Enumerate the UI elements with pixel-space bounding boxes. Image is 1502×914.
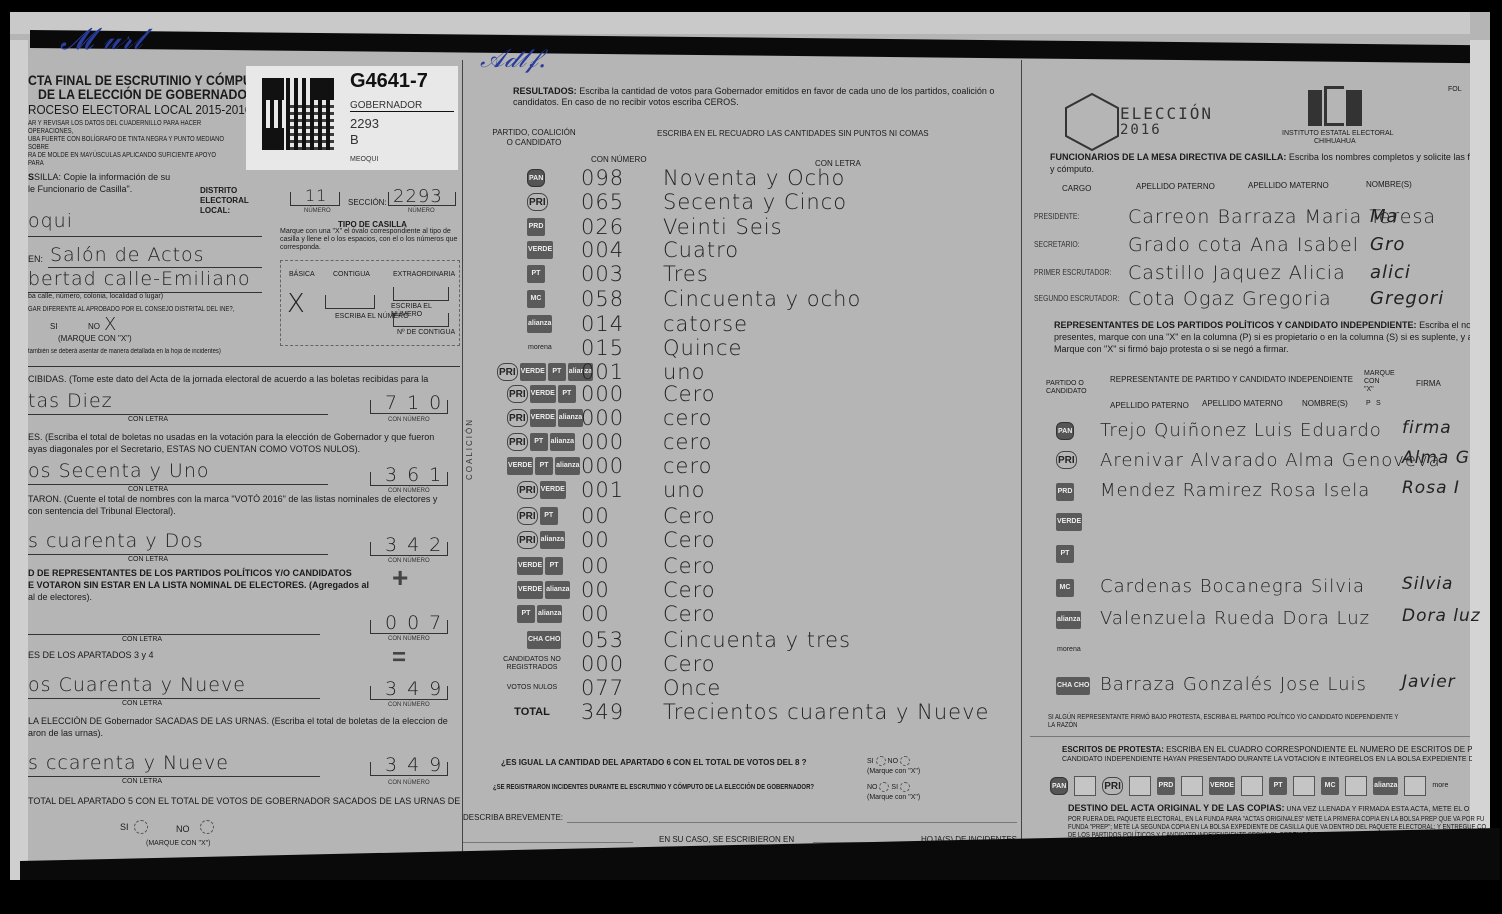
votes-number-field[interactable]: 00 — [581, 578, 610, 602]
results-header: RESULTADOS: Escriba la cantidad de votos… — [513, 86, 1018, 108]
left-column: CTA FINAL DE ESCRUTINIO Y CÓMPUTO DE LA … — [28, 60, 460, 860]
qr-code — [262, 78, 334, 150]
representative-row: morena — [1030, 636, 1470, 666]
question-incidents: ¿SE REGISTRARON INCIDENTES DURANTE EL ES… — [493, 784, 814, 792]
representative-name-field[interactable]: Trejo Quiñonez Luis Eduardo — [1100, 420, 1382, 441]
official-role: SECRETARIO: — [1034, 240, 1080, 249]
question-equal: ¿ES IGUAL LA CANTIDAD DEL APARTADO 6 CON… — [501, 758, 807, 768]
party-logo-verde-icon: VERDE — [520, 363, 546, 381]
party-cell: PRI — [527, 192, 548, 212]
row-label: TOTAL — [497, 706, 567, 718]
votes-letter-field[interactable]: Quince — [663, 336, 742, 360]
official-name-field[interactable]: Castillo Jaquez Alicia — [1128, 262, 1346, 284]
votes-number-field[interactable]: 026 — [581, 215, 624, 239]
votes-number-field[interactable]: 003 — [581, 262, 624, 286]
party-cell: PAN — [527, 168, 545, 188]
party-cell: MC — [527, 289, 545, 309]
party-logo-pri-icon: PRI — [517, 507, 538, 525]
party-logo-pri-icon: PRI — [517, 531, 538, 549]
votes-letter-field[interactable]: uno — [663, 360, 705, 384]
location-line-1: Salón de Actos — [50, 244, 205, 266]
urns-letters: s ccarenta y Nueve — [28, 752, 229, 774]
party-logo-prd-icon: PRD — [527, 218, 545, 236]
votes-letter-field[interactable]: Trecientos cuarenta y Nueve — [663, 700, 989, 724]
representative-row: PRDMendez Ramirez Rosa IselaRosa I — [1030, 478, 1470, 508]
party-logo-pt-icon: PT — [527, 265, 545, 283]
protest-count-field[interactable] — [1129, 776, 1151, 796]
signature-top-left: 𝓜 𝓊𝓇𝓁 — [60, 22, 143, 57]
officials-column: ELECCIÓN 2016 INSTITUTO ESTATAL ELECTORA… — [1030, 60, 1470, 860]
results-row: TOTAL349Trecientos cuarenta y Nueve — [463, 702, 1023, 726]
official-name-field[interactable]: Grado cota Ana Isabel — [1128, 234, 1359, 256]
results-row: CANDIDATOS NO REGISTRADOS000Cero — [463, 654, 1023, 678]
compare-si-option[interactable] — [134, 820, 148, 834]
party-logo-verde-icon: VERDE — [527, 241, 553, 259]
representative-name-field[interactable]: Mendez Ramirez Rosa Isela — [1100, 480, 1370, 501]
representative-name-field[interactable]: Cardenas Bocanegra Silvia — [1100, 576, 1365, 597]
party-logo-pan-icon: PAN — [1050, 777, 1068, 795]
representative-signature: Silvia — [1402, 574, 1453, 594]
ballot-id-label: G4641-7 GOBERNADOR 2293 B MEOQUI — [246, 66, 458, 170]
q-incidents-no-option[interactable] — [879, 782, 889, 792]
results-row: PRIalianza00Cero — [463, 530, 1023, 554]
received-letters: tas Diez — [28, 390, 113, 412]
votes-letter-field[interactable]: cero — [663, 454, 713, 478]
party-logo-pri-icon: PRI — [1102, 777, 1123, 795]
party-logo-na-icon: alianza — [537, 605, 562, 623]
votes-letter-field[interactable]: Secenta y Cinco — [663, 190, 847, 214]
party-logo-na-icon: alianza — [1056, 611, 1081, 629]
scan-border-bottom — [0, 880, 1502, 914]
party-logo-verde-icon: VERDE — [1056, 513, 1082, 531]
votes-number-field[interactable]: 000 — [581, 382, 624, 406]
representative-row: MCCardenas Bocanegra SilviaSilvia — [1030, 574, 1470, 604]
title-line-2: DE LA ELECCIÓN DE GOBERNADOR — [38, 86, 256, 102]
representative-row: PT — [1030, 540, 1470, 570]
party-logo-verde-icon: VERDE — [1209, 777, 1235, 795]
party-logo-na-icon: alianza — [558, 409, 583, 427]
votes-letter-field[interactable]: catorse — [663, 312, 748, 336]
votes-letter-field[interactable]: Cero — [663, 504, 716, 528]
party-cell: morena — [527, 338, 553, 358]
party-logo-morena-icon: morena — [527, 339, 553, 357]
results-row: PAN098Noventa y Ocho — [463, 168, 1023, 192]
party-cell: PRIVERDE — [517, 480, 566, 500]
votes-number-field[interactable]: 065 — [581, 190, 624, 214]
results-row: morena015Quince — [463, 338, 1023, 362]
votes-letter-field[interactable]: Once — [663, 676, 721, 700]
party-logo-verde-icon: VERDE — [517, 581, 543, 599]
party-logo-prd-icon: PRD — [1056, 483, 1074, 501]
results-row: PRIVERDEPT000Cero — [463, 384, 1023, 408]
votes-number-field[interactable]: 058 — [581, 287, 624, 311]
votes-number-field[interactable]: 000 — [581, 652, 624, 676]
party-logo-mc-icon: MC — [1321, 777, 1339, 795]
results-row: PRIPTalianza000cero — [463, 432, 1023, 456]
leftover-letters: os Secenta y Uno — [28, 460, 209, 482]
protest-counts: PANPRIPRDVERDEPTMCalianzamore — [1050, 776, 1448, 796]
votes-letter-field[interactable]: Cero — [663, 602, 716, 626]
votes-number-field[interactable]: 014 — [581, 312, 624, 336]
party-cell: PRIalianza — [517, 530, 565, 550]
votes-letter-field[interactable]: Cuatro — [663, 238, 739, 262]
party-logo-pt-icon: PT — [540, 507, 558, 525]
results-row: VERDEalianza00Cero — [463, 580, 1023, 604]
official-role: PRIMER ESCRUTADOR: — [1034, 268, 1111, 277]
urns-number[interactable]: 349 — [370, 762, 448, 776]
district-field[interactable]: 11 — [290, 192, 340, 206]
representative-signature: Rosa I — [1402, 478, 1460, 498]
results-row: alianza014catorse — [463, 314, 1023, 338]
official-signature: Gregori — [1370, 288, 1444, 309]
party-logo-pri-icon: PRI — [517, 481, 538, 499]
party-cell: VOTOS NULOS — [497, 678, 567, 698]
votes-letter-field[interactable]: Cero — [663, 578, 716, 602]
party-logo-pt-icon: PT — [1269, 777, 1287, 795]
votes-letter-field[interactable]: Cero — [663, 528, 716, 552]
municipality-handwritten: oqui — [28, 210, 73, 232]
protest-count-field[interactable] — [1293, 776, 1315, 796]
votes-letter-field[interactable]: Cincuenta y tres — [663, 628, 851, 652]
results-row: VERDE004Cuatro — [463, 240, 1023, 264]
party-logo-pri-icon: PRI — [527, 193, 548, 211]
party-logo-pt-icon: PT — [548, 363, 566, 381]
results-row: PRIVERDEalianza000cero — [463, 408, 1023, 432]
party-cell: TOTAL — [497, 702, 567, 722]
official-signature: Gro — [1370, 234, 1405, 255]
votes-letter-field[interactable]: uno — [663, 478, 705, 502]
party-logo-na-icon: alianza — [540, 531, 565, 549]
votes-letter-field[interactable]: cero — [663, 406, 713, 430]
iee-logo — [1308, 82, 1362, 126]
party-logo-morena-icon: morena — [1056, 641, 1082, 659]
party-logo-pt-icon: PT — [535, 457, 553, 475]
official-role: PRESIDENTE: — [1034, 212, 1079, 221]
ballot-office: GOBERNADOR — [350, 100, 454, 112]
votes-letter-field[interactable]: Cincuenta y ocho — [663, 287, 861, 311]
protest-count-field[interactable] — [1404, 776, 1426, 796]
official-row: PRESIDENTE:Carreon Barraza Maria TeresaM… — [1030, 206, 1470, 232]
q-equal-si-option[interactable] — [876, 756, 886, 766]
party-logo-na-icon: alianza — [555, 457, 580, 475]
results-row: PT003Tres — [463, 264, 1023, 288]
results-row: MC058Cincuenta y ocho — [463, 289, 1023, 313]
instructions: AR Y REVISAR LOS DATOS DEL CUADERNILLO P… — [28, 120, 232, 168]
party-logo-pt-icon: PT — [558, 385, 576, 403]
party-logo-na-icon: alianza — [527, 315, 552, 333]
representative-row: alianzaValenzuela Rueda Dora LuzDora luz — [1030, 606, 1470, 636]
party-logo-verde-icon: VERDE — [540, 481, 566, 499]
row-label: CANDIDATOS NO REGISTRADOS — [497, 656, 567, 672]
party-cell: PRIPT — [517, 506, 558, 526]
results-row: CHA CHO053Cincuenta y tres — [463, 630, 1023, 654]
voters-letters: s cuarenta y Dos — [28, 530, 204, 552]
different-place-no-mark[interactable]: X — [104, 314, 117, 335]
representative-row: VERDE — [1030, 508, 1470, 538]
official-name-field[interactable]: Cota Ogaz Gregoria — [1128, 288, 1332, 310]
party-logo-chacho-icon: CHA CHO — [1056, 677, 1090, 695]
results-row: VERDEPT00Cero — [463, 556, 1023, 580]
party-logo-pri-icon: PRI — [507, 433, 528, 451]
ballot-section: 2293 — [350, 116, 379, 131]
votes-number-field[interactable]: 001 — [581, 478, 624, 502]
results-column: RESULTADOS: Escriba la cantidad de votos… — [462, 60, 1022, 860]
votes-number-field[interactable]: 00 — [581, 528, 610, 552]
party-logo-pt-icon: PT — [517, 605, 535, 623]
representative-signature: Javier — [1402, 672, 1456, 692]
party-cell: VERDE — [527, 240, 553, 260]
votes-number-field[interactable]: 349 — [581, 700, 624, 724]
protest-count-field[interactable] — [1241, 776, 1263, 796]
votes-number-field[interactable]: 098 — [581, 166, 624, 190]
protest-count-field[interactable] — [1345, 776, 1367, 796]
scan-border-right — [1490, 0, 1502, 914]
votes-number-field[interactable]: 00 — [581, 554, 610, 578]
official-row: SECRETARIO:Grado cota Ana IsabelGro — [1030, 234, 1470, 260]
torn-edge-right — [1470, 40, 1490, 885]
votes-letter-field[interactable]: Noventa y Ocho — [663, 166, 845, 190]
votes-letter-field[interactable]: Cero — [663, 652, 716, 676]
party-logo-prd-icon: PRD — [1157, 777, 1175, 795]
leftover-number[interactable]: 361 — [370, 472, 448, 486]
tipo-basica-mark[interactable]: X — [287, 289, 306, 319]
protest-count-field[interactable] — [1074, 776, 1096, 796]
reps-number[interactable]: 007 — [370, 620, 448, 634]
party-logo-pri-icon: PRI — [1056, 451, 1077, 469]
location-line-2: bertad calle-Emiliano — [28, 268, 251, 290]
party-logo-pt-icon: PT — [1056, 545, 1074, 563]
results-row: PRIVERDEPTalianza001uno — [463, 362, 1023, 386]
party-cell: PTalianza — [517, 604, 562, 624]
party-logo-na-icon: alianza — [1373, 777, 1398, 795]
section-label: SECCIÓN: — [348, 198, 387, 208]
official-row: PRIMER ESCRUTADOR:Castillo Jaquez Alicia… — [1030, 262, 1470, 288]
party-cell: CHA CHO — [527, 630, 561, 650]
party-logo-mc-icon: MC — [1056, 579, 1074, 597]
votes-letter-field[interactable]: Tres — [663, 262, 709, 286]
votes-number-field[interactable]: 000 — [581, 454, 624, 478]
votes-number-field[interactable]: 015 — [581, 336, 624, 360]
party-logo-pt-icon: PT — [545, 557, 563, 575]
votes-number-field[interactable]: 000 — [581, 406, 624, 430]
sum-number[interactable]: 349 — [370, 686, 448, 700]
compare-no-option[interactable] — [200, 820, 214, 834]
party-logo-pri-icon: PRI — [497, 363, 518, 381]
party-cell: alianza — [527, 314, 552, 334]
eleccion-2016-logo — [1062, 92, 1122, 152]
results-row: PRD026Veinti Seis — [463, 217, 1023, 241]
results-row: PTalianza00Cero — [463, 604, 1023, 628]
party-logo-pan-icon: PAN — [527, 169, 545, 187]
results-row: VOTOS NULOS077Once — [463, 678, 1023, 702]
party-cell: VERDEPTalianza — [507, 456, 580, 476]
representative-name-field[interactable]: Valenzuela Rueda Dora Luz — [1100, 608, 1370, 629]
casilla-intro-1: SSILLA: Copie la información de su — [28, 172, 170, 183]
extraordinaria-number-field[interactable] — [393, 287, 449, 301]
ballot-municipality: MEOQUI — [350, 156, 378, 163]
votes-letter-field[interactable]: Cero — [663, 554, 716, 578]
party-cell: VERDEPT — [517, 556, 563, 576]
voters-number[interactable]: 342 — [370, 542, 448, 556]
q-equal-no-option[interactable] — [900, 756, 910, 766]
results-row: PRI065Secenta y Cinco — [463, 192, 1023, 216]
votes-number-field[interactable]: 004 — [581, 238, 624, 262]
party-cell: PRIVERDEPTalianza — [497, 362, 593, 382]
official-row: SEGUNDO ESCRUTADOR:Cota Ogaz GregoriaGre… — [1030, 288, 1470, 314]
representative-row: PANTrejo Quiñonez Luis Eduardofirma — [1030, 418, 1470, 448]
votes-number-field[interactable]: 00 — [581, 504, 610, 528]
party-logo-pan-icon: PAN — [1056, 422, 1074, 440]
sum-letters: os Cuarenta y Nueve — [28, 674, 246, 696]
representative-signature: Alma G — [1402, 448, 1470, 468]
official-signature: alici — [1370, 262, 1411, 283]
protest-count-field[interactable] — [1181, 776, 1203, 796]
party-logo-verde-icon: VERDE — [530, 409, 556, 427]
results-row: PRIPT00Cero — [463, 506, 1023, 530]
party-cell: PRD — [527, 217, 545, 237]
representative-row: CHA CHOBarraza Gonzalés Jose LuisJavier — [1030, 672, 1470, 702]
party-logo-pt-icon: PT — [530, 433, 548, 451]
votes-letter-field[interactable]: cero — [663, 430, 713, 454]
representative-name-field[interactable]: Arenivar Alvarado Alma Genoveva — [1100, 450, 1441, 471]
casilla-intro-2: le Funcionario de Casilla". — [28, 184, 132, 195]
party-logo-verde-icon: VERDE — [507, 457, 533, 475]
representative-row: PRIArenivar Alvarado Alma GenovevaAlma G — [1030, 448, 1470, 478]
results-row: VERDEPTalianza000cero — [463, 456, 1023, 480]
votes-number-field[interactable]: 077 — [581, 676, 624, 700]
votes-letter-field[interactable]: Veinti Seis — [663, 215, 783, 239]
party-logo-na-icon: alianza — [550, 433, 575, 451]
ballot-type: B — [350, 132, 359, 147]
received-number[interactable]: 710 — [370, 400, 448, 414]
votes-letter-field[interactable]: Cero — [663, 382, 716, 406]
votes-number-field[interactable]: 053 — [581, 628, 624, 652]
ballot-code: G4641-7 — [350, 70, 428, 93]
representative-name-field[interactable]: Barraza Gonzalés Jose Luis — [1100, 674, 1367, 695]
results-row: PRIVERDE001uno — [463, 480, 1023, 504]
official-role: SEGUNDO ESCRUTADOR: — [1034, 294, 1119, 303]
official-signature: Ma — [1370, 206, 1399, 227]
torn-edge-left — [10, 40, 28, 880]
party-logo-pri-icon: PRI — [507, 385, 528, 403]
party-logo-chacho-icon: CHA CHO — [527, 631, 561, 649]
party-cell: CANDIDATOS NO REGISTRADOS — [497, 654, 567, 674]
row-label: VOTOS NULOS — [497, 684, 567, 692]
representative-signature: Dora luz — [1402, 606, 1481, 626]
scan-edge-top — [10, 12, 1470, 34]
party-cell: PRIPTalianza — [507, 432, 575, 452]
party-logo-pri-icon: PRI — [507, 409, 528, 427]
more-parties-label: more — [1432, 782, 1448, 790]
tipo-casilla-box: BÁSICA CONTIGUA EXTRAORDINARIA X ESCRIBA… — [280, 260, 460, 346]
party-cell: PT — [527, 264, 545, 284]
title-line-3: ROCESO ELECTORAL LOCAL 2015-2016 — [28, 102, 251, 117]
party-cell: VERDEalianza — [517, 580, 570, 600]
party-logo-verde-icon: VERDE — [530, 385, 556, 403]
contigua-no-field[interactable] — [393, 313, 449, 327]
representative-signature: firma — [1402, 418, 1452, 438]
votes-number-field[interactable]: 00 — [581, 602, 610, 626]
votes-number-field[interactable]: 001 — [581, 360, 624, 384]
party-logo-verde-icon: VERDE — [517, 557, 543, 575]
q-incidents-si-option[interactable] — [900, 782, 910, 792]
party-cell: PRIVERDEPT — [507, 384, 576, 404]
section-field[interactable]: 2293 — [388, 192, 456, 206]
party-logo-mc-icon: MC — [527, 290, 545, 308]
votes-number-field[interactable]: 000 — [581, 430, 624, 454]
party-logo-na-icon: alianza — [545, 581, 570, 599]
district-label: DISTRITO ELECTORAL LOCAL: — [200, 186, 280, 216]
contigua-number-field[interactable] — [325, 295, 375, 309]
party-cell: PRIVERDEalianza — [507, 408, 583, 428]
